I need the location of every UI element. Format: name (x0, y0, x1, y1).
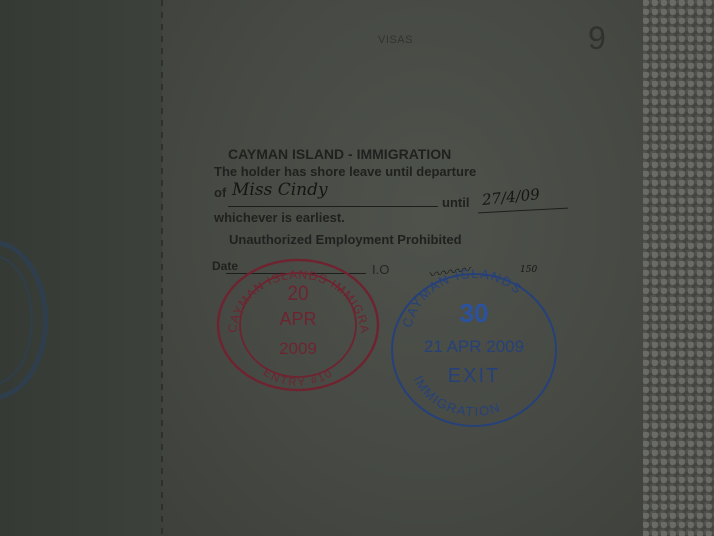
page-fold-stitching (161, 0, 163, 536)
stamp-line-employment: Unauthorized Employment Prohibited (229, 232, 462, 247)
entry-stamp: CAYMAN ISLANDS IMMIGRATION ENTRY #10 20 … (216, 257, 381, 397)
stamp-title: CAYMAN ISLAND - IMMIGRATION (228, 146, 451, 162)
exit-stay-days: 30 (460, 298, 489, 328)
section-label: VISAS (378, 34, 413, 46)
exit-stamp: CAYMAN ISLANDS IMMIGRATION 30 21 APR 200… (388, 270, 560, 435)
entry-year: 2009 (279, 339, 317, 358)
name-underline (228, 206, 438, 207)
holder-name-handwritten: Miss Cindy (232, 180, 328, 200)
stamp-of-label: of (214, 185, 226, 200)
carpet-background (643, 0, 714, 536)
entry-month: APR (279, 309, 316, 329)
stamp-line-holder: The holder has shore leave until departu… (214, 164, 476, 179)
entry-day: 20 (287, 282, 308, 305)
exit-date: 21 APR 2009 (424, 337, 524, 356)
until-label: until (442, 195, 469, 210)
page-number: 9 (588, 20, 606, 57)
stamp-line-earliest: whichever is earliest. (214, 210, 345, 225)
exit-label: EXIT (448, 365, 500, 387)
